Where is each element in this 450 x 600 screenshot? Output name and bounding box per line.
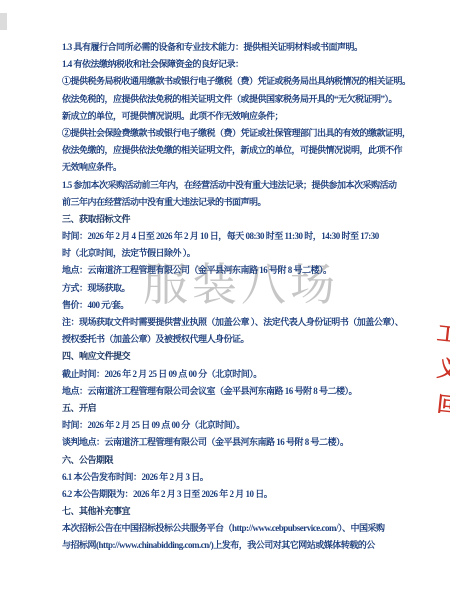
document-line: 6.2 本公告期限为：2026 年 2 月 3 日至 2026 年 2 月 10… [62,486,404,503]
document-body: 1.3 具有履行合同所必需的设备和专业技术能力：提供相关证明材料或书面声明。1.… [62,39,404,555]
document-line: 时间：2026 年 2 月 25 日 09 点 00 分（北京时间）。 [62,417,404,434]
document-line: 地点：云南道济工程管理有限公司会议室（金平县河东南路 16 号附 8 号二楼）。 [62,383,404,400]
document-line: 6.1 本公告发布时间：2026 年 2 月 3 日。 [62,469,404,486]
document-page: 服装八场 1.3 具有履行合同所必需的设备和专业技术能力：提供相关证明材料或书面… [0,0,450,600]
document-line: 本次招标公告在中国招标投标公共服务平台（http://www.cebpubser… [62,520,404,537]
section-heading: 四、响应文件提交 [62,348,404,365]
document-line: 1.4 有依法缴纳税收和社会保障资金的良好记录： [62,56,404,73]
document-line: 方式：现场获取。 [62,280,404,297]
red-mark-2: 义 [436,357,450,382]
red-mark-3: 回 [436,394,450,417]
document-line: 新成立的单位，可提供情况说明。此项不作无效响应条件； [62,108,404,125]
scan-edge-artifact [0,13,7,30]
document-line: 依法免缴的，应提供依法免缴的相关证明文件，新成立的单位，可提供情况说明，此项不作 [62,142,404,159]
section-heading: 三、获取招标文件 [62,211,404,228]
document-line: 与招标网(http://www.chinabidding.com.cn/)上发布… [62,537,404,554]
document-line: 1.5 参加本次采购活动前三年内，在经营活动中没有重大违法记录；提供参加本次采购… [62,177,404,194]
document-line: 地点：云南道济工程管理有限公司（金平县河东南路 16 号附 8 号二楼）。 [62,262,404,279]
handwritten-red-annotations: 工 义 回 [434,0,450,600]
document-line: 前三年内在经营活动中没有重大违法记录的书面声明。 [62,194,404,211]
document-line: ①提供税务局税收通用缴款书或银行电子缴税（费）凭证或税务局出具纳税情况的相关证明… [62,73,404,90]
section-heading: 七、其他补充事宜 [62,503,404,520]
document-line: 截止时间：2026 年 2 月 25 日 09 点 00 分（北京时间）。 [62,366,404,383]
section-heading: 六、公告期限 [62,452,404,469]
document-line: 时间：2026 年 2 月 4 日至 2026 年 2 月 10 日，每天 08… [62,228,404,245]
document-line: ②提供社会保险费缴款书或银行电子缴税（费）凭证或社保管理部门出具的有效的缴款证明… [62,125,404,142]
document-line: 注：现场获取文件时需要提供营业执照（加盖公章 ）、法定代表人身份证明书（加盖公章… [62,314,404,331]
document-line: 谈判地点：云南道济工程管理有限公司（金平县河东南路 16 号附 8 号二楼）。 [62,434,404,451]
red-mark-1: 工 [436,323,450,346]
document-line: 依法免税的，应提供依法免税的相关证明文件（或提供国家税务局开具的“无欠税证明”）… [62,91,404,108]
document-line: 无效响应条件。 [62,159,404,176]
document-line: 1.3 具有履行合同所必需的设备和专业技术能力：提供相关证明材料或书面声明。 [62,39,404,56]
document-line: 授权委托书（加盖公章）及被授权代理人身份证。 [62,331,404,348]
section-heading: 五、开启 [62,400,404,417]
document-line: 时（北京时间，法定节假日除外 ）。 [62,245,404,262]
document-line: 售价：400 元/套。 [62,297,404,314]
